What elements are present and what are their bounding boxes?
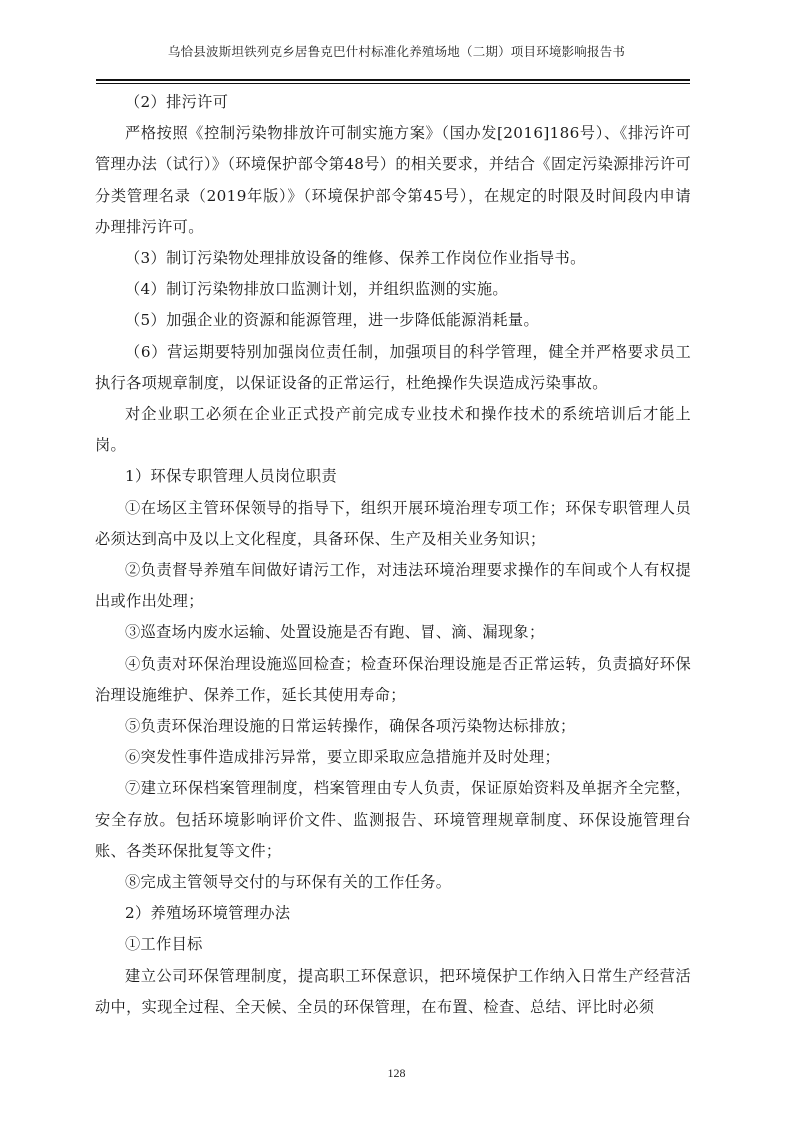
duty-item-4: ④负责对环保治理设施巡回检查；检查环保治理设施是否正常运转，负责搞好环保治理设施…	[95, 649, 691, 711]
list-item-6: （6）营运期要特别加强岗位责任制，加强项目的科学管理，健全并严格要求员工执行各项…	[95, 337, 691, 399]
header-divider	[96, 79, 690, 84]
duty-item-3: ③巡查场内废水运输、处置设施是否有跑、冒、滴、漏现象；	[95, 617, 691, 648]
header-divider-thin	[96, 83, 690, 84]
duty-item-8: ⑧完成主管领导交付的与环保有关的工作任务。	[95, 867, 691, 898]
duty-item-5: ⑤负责环保治理设施的日常运转操作，确保各项污染物达标排放；	[95, 711, 691, 742]
paragraph-staff-training: 对企业职工必须在企业正式投产前完成专业技术和操作技术的系统培训后才能上岗。	[95, 399, 691, 461]
section-heading-discharge-permit: （2）排污许可	[95, 87, 691, 118]
list-item-4: （4）制订污染物排放口监测计划，并组织监测的实施。	[95, 274, 691, 305]
page-body: （2）排污许可 严格按照《控制污染物排放许可制实施方案》（国办发[2016]18…	[95, 87, 691, 1023]
list-item-3: （3）制订污染物处理排放设备的维修、保养工作岗位作业指导书。	[95, 243, 691, 274]
subsection-heading-staff-duties: 1）环保专职管理人员岗位职责	[95, 461, 691, 492]
subsection-heading-farm-management: 2）养殖场环境管理办法	[95, 898, 691, 929]
header-divider-thick	[96, 79, 690, 81]
list-item-5: （5）加强企业的资源和能源管理，进一步降低能源消耗量。	[95, 305, 691, 336]
duty-item-7: ⑦建立环保档案管理制度，档案管理由专人负责，保证原始资料及单据齐全完整，安全存放…	[95, 773, 691, 867]
running-header-title: 乌恰县波斯坦铁列克乡居鲁克巴什村标准化养殖场地（二期）项目环境影响报告书	[0, 42, 793, 60]
duty-item-2: ②负责督导养殖车间做好请污工作，对违法环境治理要求操作的车间或个人有权提出或作出…	[95, 555, 691, 617]
page-number: 128	[0, 1066, 793, 1081]
duty-item-6: ⑥突发性事件造成排污异常，要立即采取应急措施并及时处理；	[95, 742, 691, 773]
sub-heading-work-goal: ①工作目标	[95, 929, 691, 960]
paragraph-permit-requirements: 严格按照《控制污染物排放许可制实施方案》（国办发[2016]186号）、《排污许…	[95, 118, 691, 243]
paragraph-work-goal: 建立公司环保管理制度，提高职工环保意识，把环境保护工作纳入日常生产经营活动中，实…	[95, 961, 691, 1023]
duty-item-1: ①在场区主管环保领导的指导下，组织开展环境治理专项工作；环保专职管理人员必须达到…	[95, 493, 691, 555]
